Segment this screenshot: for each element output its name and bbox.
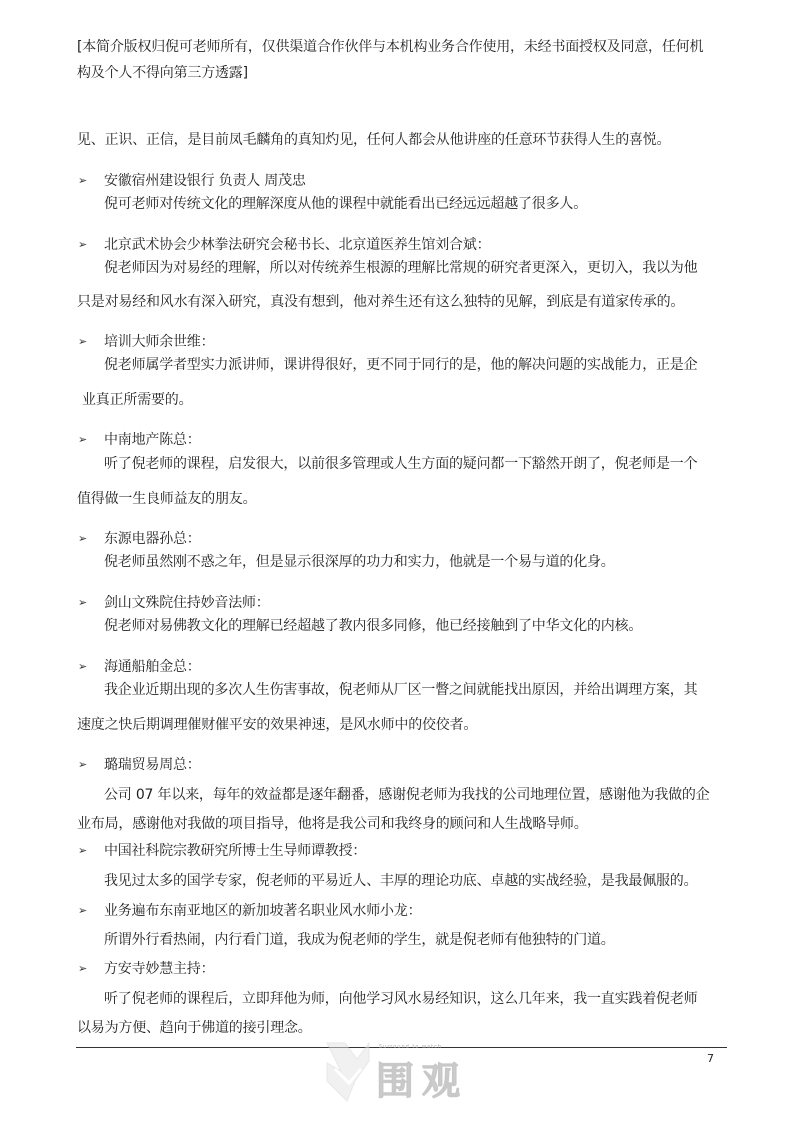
- testimonial-text: 值得做一生良师益友的朋友。: [77, 490, 256, 508]
- arrow-bullet-icon: ➢: [78, 333, 87, 351]
- testimonial-text: 我见过太多的国学专家，倪老师的平易近人、丰厚的理论功底、卓越的实战经验，是我最佩…: [104, 872, 697, 890]
- testimonial-text: 倪老师因为对易经的理解，所以对传统养生根源的理解比常规的研究者更深入，更切入，我…: [104, 259, 697, 277]
- testimonial-text: 业布局，感谢他对我做的项目指导，他将是我公司和我终身的顾问和人生战略导师。: [77, 815, 588, 833]
- arrow-bullet-icon: ➢: [78, 842, 87, 860]
- arrow-bullet-icon: ➢: [78, 902, 87, 920]
- testimonial-name: 北京武术协会少林拳法研究会秘书长、北京道医养生馆刘合斌：: [104, 236, 490, 254]
- testimonial-name: 剑山文殊院住持妙音法师：: [104, 594, 270, 612]
- testimonial-text: 我企业近期出现的多次人生伤害事故，倪老师从厂区一瞥之间就能找出原因，并给出调理方…: [104, 681, 697, 699]
- testimonial-text: 速度之快后期调理催财催平安的效果神速，是风水师中的佼佼者。: [77, 716, 477, 734]
- page-number: 7: [707, 1052, 714, 1065]
- copyright-notice-line-1: [本简介版权归倪可老师所有，仅供渠道合作伙伴与本机构业务合作使用，未经书面授权及…: [77, 38, 703, 56]
- testimonial-text: 只是对易经和风水有深入研究，真没有想到，他对养生还有这么独特的见解，到底是有道家…: [77, 293, 684, 311]
- testimonial-name: 培训大师余世维：: [104, 333, 214, 351]
- testimonial-text: 听了倪老师的课程，启发很大，以前很多管理或人生方面的疑问都一下豁然开朗了，倪老师…: [104, 455, 697, 473]
- testimonial-text: 听了倪老师的课程后，立即拜他为师，向他学习风水易经知识，这么几年来，我一直实践着…: [104, 990, 697, 1008]
- testimonial-name: 方安寺妙慧主持：: [104, 960, 214, 978]
- testimonial-name: 业务遍布东南亚地区的新加坡著名职业风水师小龙：: [104, 902, 421, 920]
- testimonial-name: 海通船舶金总：: [104, 658, 201, 676]
- testimonial-text: 以易为方便、趋向于佛道的接引理念。: [77, 1019, 312, 1037]
- document-page: [本简介版权归倪可老师所有，仅供渠道合作伙伴与本机构业务合作使用，未经书面授权及…: [0, 0, 800, 1132]
- watermark-text: 围观: [376, 1050, 468, 1105]
- watermark-tagline: Surround to watch: [379, 1044, 442, 1050]
- testimonial-name: 中国社科院宗教研究所博士生导师谭教授：: [104, 842, 366, 860]
- arrow-bullet-icon: ➢: [78, 530, 87, 548]
- testimonial-text: 倪老师属学者型实力派讲师，课讲得很好，更不同于同行的是，他的解决问题的实战能力，…: [104, 356, 697, 374]
- arrow-bullet-icon: ➢: [78, 172, 87, 190]
- testimonial-name: 璐瑞贸易周总：: [104, 756, 201, 774]
- arrow-bullet-icon: ➢: [78, 431, 87, 449]
- testimonial-text: 倪老师虽然刚不惑之年，但是显示很深厚的功力和实力，他就是一个易与道的化身。: [104, 553, 615, 571]
- copyright-notice-line-2: 构及个人不得向第三方透露]: [77, 64, 248, 82]
- testimonial-name: 东源电器孙总：: [104, 530, 201, 548]
- testimonial-text: 公司 07 年以来，每年的效益都是逐年翻番，感谢倪老师为我找的公司地理位置，感谢…: [104, 786, 710, 804]
- testimonial-name: 中南地产陈总：: [104, 431, 201, 449]
- testimonial-text: 业真正所需要的。: [82, 391, 192, 409]
- arrow-bullet-icon: ➢: [78, 594, 87, 612]
- watermark-logo-icon: [325, 1041, 370, 1103]
- testimonial-name: 安徽宿州建设银行 负责人 周茂忠: [104, 172, 306, 190]
- testimonial-text: 所谓外行看热闹，内行看门道，我成为倪老师的学生，就是倪老师有他独特的门道。: [104, 931, 615, 949]
- arrow-bullet-icon: ➢: [78, 960, 87, 978]
- arrow-bullet-icon: ➢: [78, 236, 87, 254]
- intro-text: 见、正识、正信，是目前凤毛麟角的真知灼见，任何人都会从他讲座的任意环节获得人生的…: [77, 131, 670, 149]
- testimonial-text: 倪老师对易佛教文化的理解已经超越了教内很多同修，他已经接触到了中华文化的内核。: [104, 617, 642, 635]
- arrow-bullet-icon: ➢: [78, 658, 87, 676]
- arrow-bullet-icon: ➢: [78, 756, 87, 774]
- testimonial-text: 倪可老师对传统文化的理解深度从他的课程中就能看出已经远远超越了很多人。: [104, 195, 587, 213]
